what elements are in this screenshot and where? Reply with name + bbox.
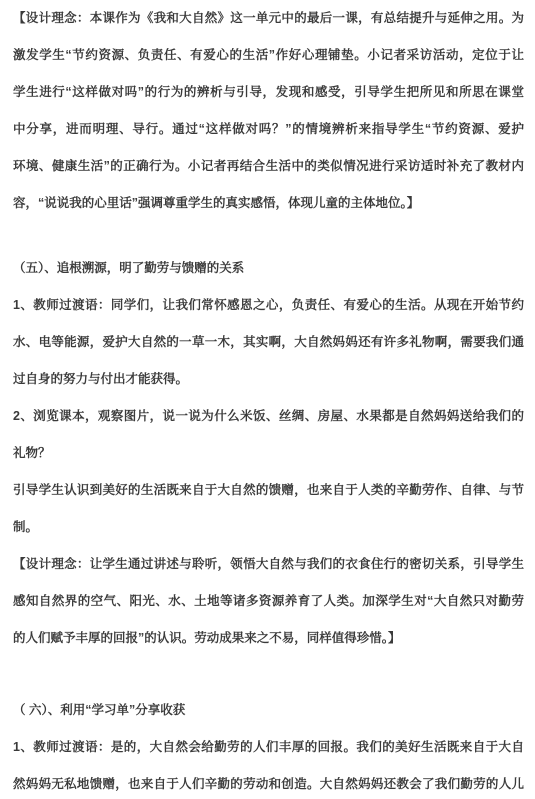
design-concept-block-2: 【设计理念：让学生通过讲述与聆听，领悟大自然与我们的衣食住行的密切关系，引导学生…	[13, 546, 524, 657]
section-6-heading: （ 六）、利用“学习单”分享收获	[13, 692, 524, 729]
text-line: 激发学生“节约资源、负责任、有爱心的生活”作好心理铺垫。小记者采访活动，定位于让	[13, 37, 524, 74]
text-line: 学生进行“这样做对吗”的行为的辨析与引导，发现和感受，引导学生把所见和所思在课堂	[13, 74, 524, 111]
browse-textbook-task: 2、浏览课本，观察图片，说一说为什么米饭、丝绸、房屋、水果都是自然妈妈送给我们的…	[13, 398, 524, 472]
text-line: 引导学生认识到美好的生活既来自于大自然的馈赠，也来自于人类的辛勤劳作、自律、与节	[13, 472, 524, 509]
design-concept-block-1: 【设计理念：本课作为《我和大自然》这一单元中的最后一课，有总结提升与延伸之用。为…	[13, 0, 524, 222]
text-line: 然妈妈无私地馈赠，也来自于人们辛勤的劳动和创造。大自然妈妈还教会了我们勤劳的人儿	[13, 766, 524, 799]
text-line: 【设计理念：让学生通过讲述与聆听，领悟大自然与我们的衣食住行的密切关系，引导学生	[13, 546, 524, 583]
teacher-transition-2: 1、教师过渡语：是的，大自然会给勤劳的人们丰厚的回报。我们的美好生活既来自于大自…	[13, 729, 524, 799]
guide-students-note: 引导学生认识到美好的生活既来自于大自然的馈赠，也来自于人类的辛勤劳作、自律、与节…	[13, 472, 524, 546]
text-line: 1、教师过渡语：是的，大自然会给勤劳的人们丰厚的回报。我们的美好生活既来自于大自	[13, 729, 524, 766]
text-line: 制。	[13, 509, 524, 546]
text-line: 中分享，进而明理、导行。通过“这样做对吗？”的情境辨析来指导学生“节约资源、爱护	[13, 111, 524, 148]
text-line: 1、教师过渡语：同学们，让我们常怀感恩之心，负责任、有爱心的生活。从现在开始节约	[13, 287, 524, 324]
document-body: 【设计理念：本课作为《我和大自然》这一单元中的最后一课，有总结提升与延伸之用。为…	[0, 0, 535, 799]
text-line: 礼物？	[13, 435, 524, 472]
text-line: 水、电等能源，爱护大自然的一草一木，其实啊，大自然妈妈还有许多礼物啊，需要我们通	[13, 324, 524, 361]
text-line: 过自身的努力与付出才能获得。	[13, 361, 524, 398]
text-line: 2、浏览课本，观察图片，说一说为什么米饭、丝绸、房屋、水果都是自然妈妈送给我们的	[13, 398, 524, 435]
text-line: 环境、健康生活”的正确行为。小记者再结合生活中的类似情况进行采访适时补充了教材内	[13, 148, 524, 185]
text-line: 感知自然界的空气、阳光、水、土地等诸多资源养育了人类。加深学生对“大自然只对勤劳	[13, 583, 524, 620]
text-line: （五）、追根溯源，明了勤劳与馈赠的关系	[13, 250, 524, 287]
section-5-heading: （五）、追根溯源，明了勤劳与馈赠的关系	[13, 250, 524, 287]
text-line: （ 六）、利用“学习单”分享收获	[13, 692, 524, 729]
text-line: 的人们赋予丰厚的回报”的认识。劳动成果来之不易，同样值得珍惜。】	[13, 620, 524, 657]
teacher-transition-1: 1、教师过渡语：同学们，让我们常怀感恩之心，负责任、有爱心的生活。从现在开始节约…	[13, 287, 524, 398]
text-line: 【设计理念：本课作为《我和大自然》这一单元中的最后一课，有总结提升与延伸之用。为	[13, 0, 524, 37]
text-line: 容，“说说我的心里话”强调尊重学生的真实感悟，体现儿童的主体地位。】	[13, 185, 524, 222]
